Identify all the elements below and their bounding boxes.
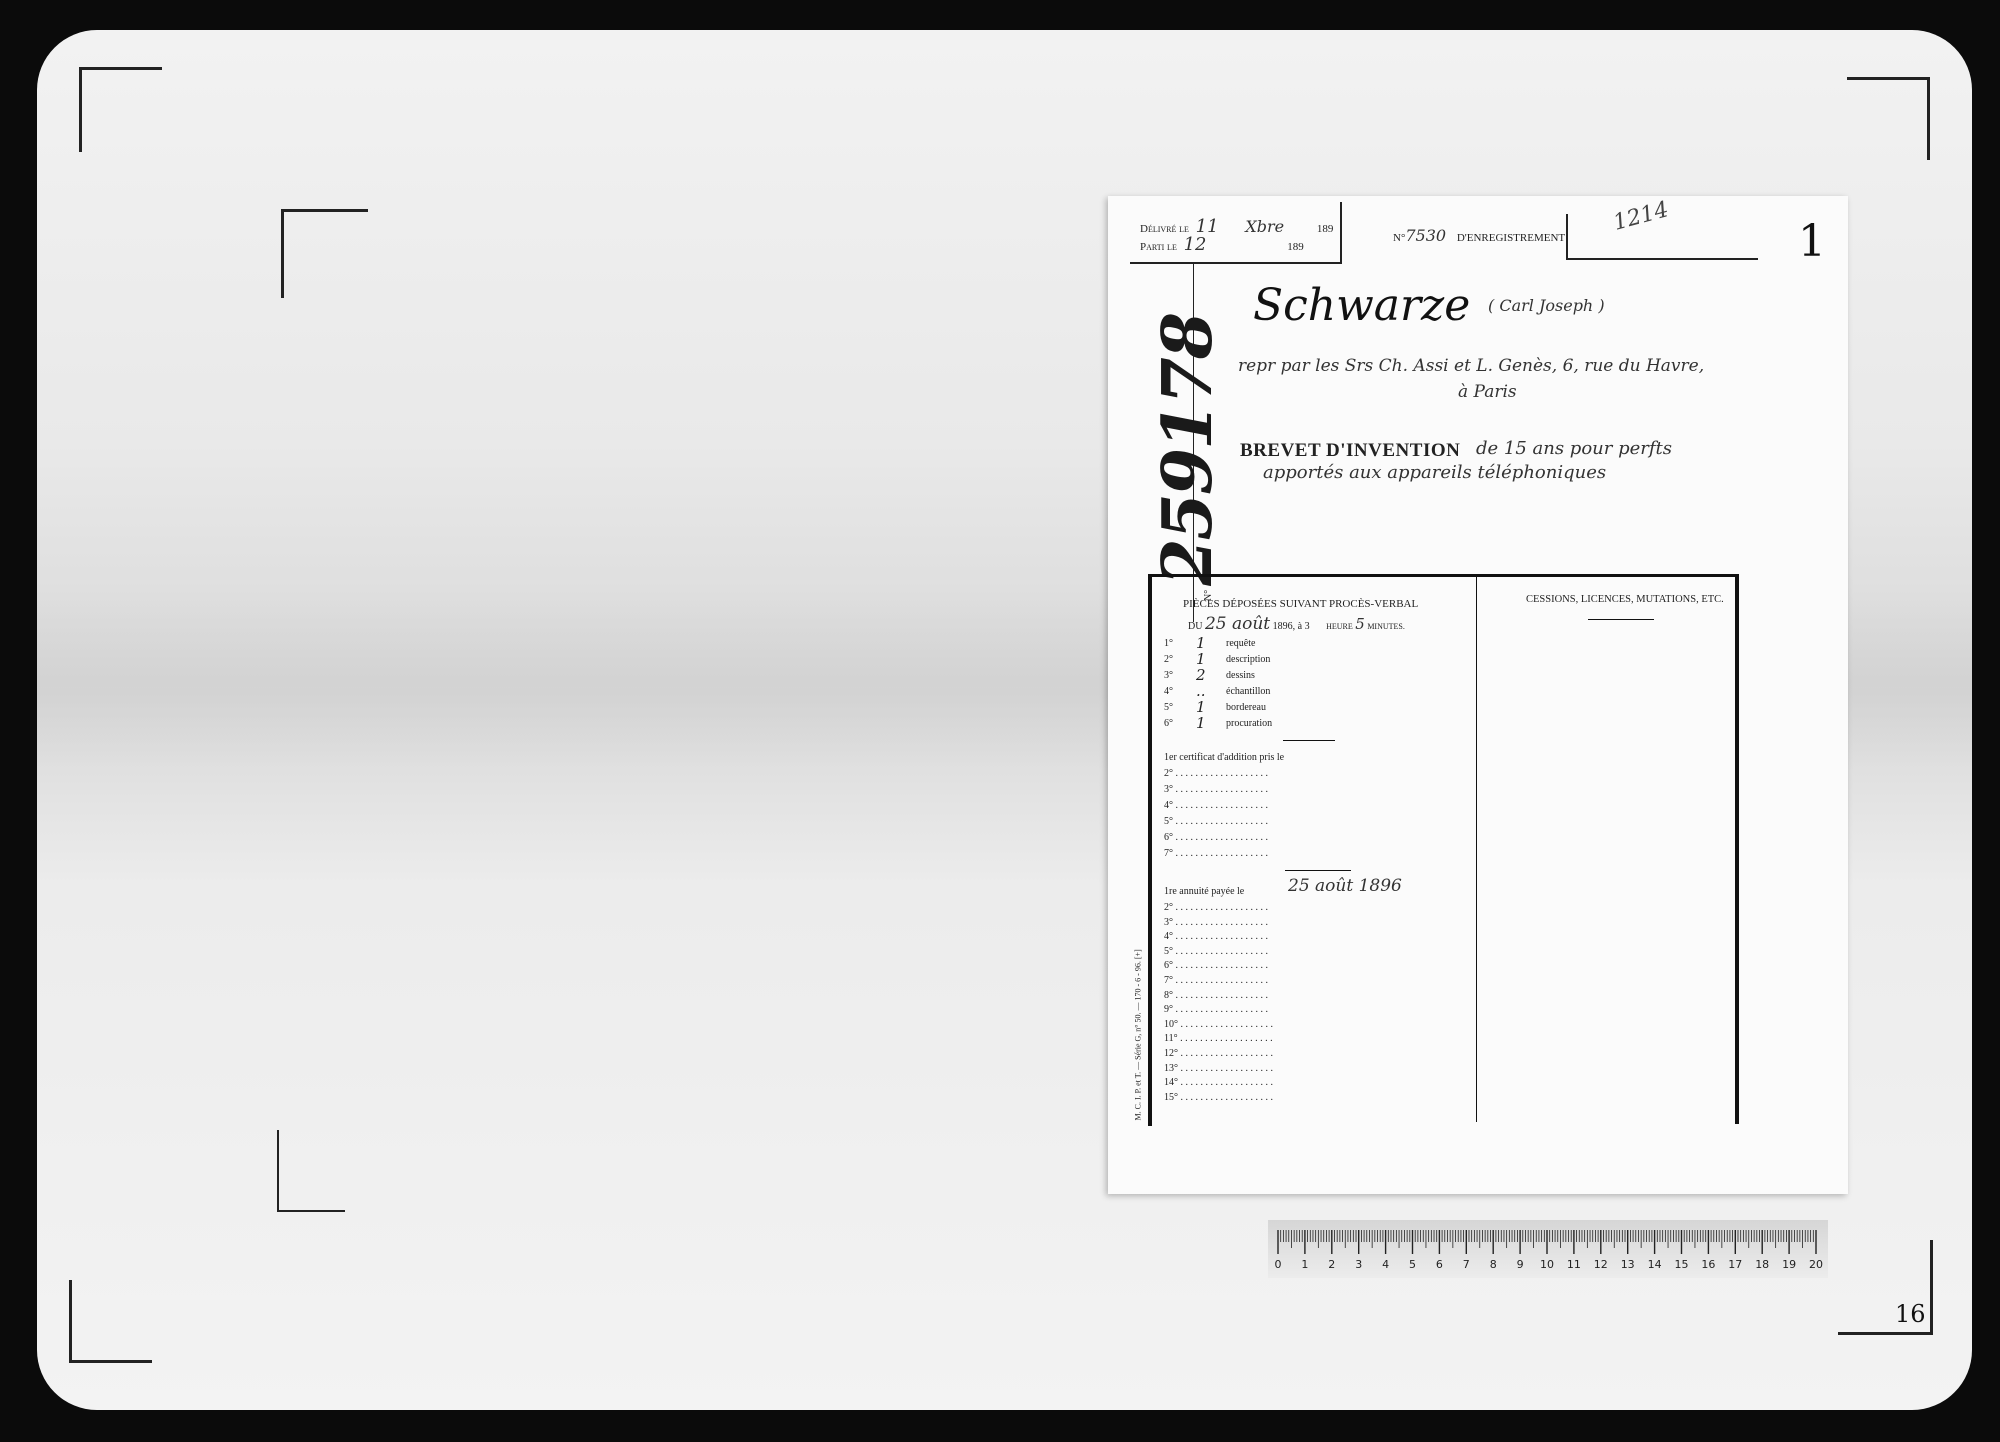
pieces-minutes-value: 5	[1355, 615, 1365, 633]
registration-box	[1566, 214, 1758, 260]
svg-text:14: 14	[1648, 1258, 1662, 1271]
svg-text:15: 15	[1675, 1258, 1689, 1271]
piece-count: 1	[1196, 714, 1206, 732]
patent-register-sheet: Délivré le 11 Xbre 189 Parti le 12 189 N…	[1108, 196, 1848, 1194]
piece-number: 4°	[1164, 686, 1173, 697]
parti-label: Parti le	[1140, 241, 1177, 253]
header-rule	[1193, 262, 1333, 263]
cessions-underline	[1588, 619, 1654, 620]
annuite-row: 5° . . . . . . . . . . . . . . . . . . .	[1164, 946, 1268, 957]
brevet-subject: apportés aux appareils téléphoniques	[1263, 462, 1606, 483]
applicant-name: Schwarze	[1253, 280, 1470, 331]
table-column-divider	[1476, 577, 1477, 1122]
delivre-year: 189	[1317, 223, 1334, 235]
annuite-row: 9° . . . . . . . . . . . . . . . . . . .	[1164, 1004, 1268, 1015]
piece-label: procuration	[1226, 718, 1272, 729]
certificat-row: 6° . . . . . . . . . . . . . . . . . . .	[1164, 832, 1268, 843]
pieces-date-row: DU 25 août 1896, à 3 HEURE 5 MINUTES.	[1188, 614, 1405, 634]
annuite-row: 7° . . . . . . . . . . . . . . . . . . .	[1164, 975, 1268, 986]
table-top-border	[1148, 574, 1738, 577]
piece-label: bordereau	[1226, 702, 1266, 713]
registration-label: D'ENREGISTREMENT	[1457, 232, 1565, 244]
parti-row: Parti le 12 189	[1140, 234, 1304, 255]
side-imprint: M. C. I. P. et T. — Série G, n° 50. — 17…	[1134, 901, 1143, 1121]
registration-row: N°7530 D'ENREGISTREMENT	[1393, 226, 1565, 245]
pieces-separator	[1283, 740, 1335, 741]
scale-ruler: 01234567891011121314151617181920	[1268, 1220, 1828, 1278]
annuite-row: 15° . . . . . . . . . . . . . . . . . . …	[1164, 1092, 1273, 1103]
crop-mark-top-left-inner	[281, 209, 368, 298]
annuite-row: 2° . . . . . . . . . . . . . . . . . . .	[1164, 902, 1268, 913]
svg-text:0: 0	[1275, 1258, 1282, 1271]
annuite-row: 12° . . . . . . . . . . . . . . . . . . …	[1164, 1048, 1273, 1059]
annuite-row: 8° . . . . . . . . . . . . . . . . . . .	[1164, 990, 1268, 1001]
pieces-minutes-label: MINUTES.	[1367, 622, 1405, 631]
certificat-row: 5° . . . . . . . . . . . . . . . . . . .	[1164, 816, 1268, 827]
pieces-date: 25 août	[1205, 614, 1270, 634]
svg-text:4: 4	[1382, 1258, 1389, 1271]
certificat-row: 7° . . . . . . . . . . . . . . . . . . .	[1164, 848, 1268, 859]
annuite-row: 3° . . . . . . . . . . . . . . . . . . .	[1164, 917, 1268, 928]
table-right-border	[1735, 574, 1739, 1124]
frame-number: 16	[1895, 1300, 1926, 1328]
certificat-row: 3° . . . . . . . . . . . . . . . . . . .	[1164, 784, 1268, 795]
svg-text:20: 20	[1809, 1258, 1823, 1271]
svg-text:7: 7	[1463, 1258, 1470, 1271]
svg-text:19: 19	[1782, 1258, 1796, 1271]
pieces-heading: PIÈCES DÉPOSÉES SUIVANT PROCÈS-VERBAL	[1183, 598, 1418, 610]
applicant-city: à Paris	[1458, 382, 1517, 402]
svg-text:1: 1	[1301, 1258, 1308, 1271]
applicant-representatives: repr par les Srs Ch. Assi et L. Genès, 6…	[1238, 356, 1704, 376]
annuite-row: 14° . . . . . . . . . . . . . . . . . . …	[1164, 1077, 1273, 1088]
svg-text:17: 17	[1728, 1258, 1742, 1271]
annuite-row: 10° . . . . . . . . . . . . . . . . . . …	[1164, 1019, 1273, 1030]
svg-text:11: 11	[1567, 1258, 1581, 1271]
piece-label: description	[1226, 654, 1270, 665]
crop-mark-bottom-left-outer	[69, 1280, 152, 1363]
svg-text:12: 12	[1594, 1258, 1608, 1271]
piece-number: 2°	[1164, 654, 1173, 665]
svg-text:13: 13	[1621, 1258, 1635, 1271]
piece-number: 3°	[1164, 670, 1173, 681]
crop-mark-bottom-left-inner	[277, 1130, 345, 1212]
parti-year: 189	[1287, 241, 1304, 253]
crop-mark-top-right	[1847, 77, 1930, 160]
certificat-row: 2° . . . . . . . . . . . . . . . . . . .	[1164, 768, 1268, 779]
piece-label: dessins	[1226, 670, 1255, 681]
brevet-title: BREVET D'INVENTION	[1240, 440, 1460, 462]
piece-number: 6°	[1164, 718, 1173, 729]
svg-text:2: 2	[1328, 1258, 1335, 1271]
svg-text:10: 10	[1540, 1258, 1554, 1271]
piece-number: 1°	[1164, 638, 1173, 649]
annuite-row: 4° . . . . . . . . . . . . . . . . . . .	[1164, 931, 1268, 942]
parti-day: 12	[1184, 234, 1207, 255]
svg-text:3: 3	[1355, 1258, 1362, 1271]
table-left-border	[1148, 574, 1152, 1126]
piece-label: requête	[1226, 638, 1255, 649]
patent-number: N° 259178	[1148, 301, 1228, 601]
ruler-ticks: 01234567891011121314151617181920	[1268, 1220, 1828, 1278]
svg-text:18: 18	[1755, 1258, 1769, 1271]
piece-label: échantillon	[1226, 686, 1270, 697]
certificat-row: 4° . . . . . . . . . . . . . . . . . . .	[1164, 800, 1268, 811]
sheet-number: 1	[1798, 216, 1826, 267]
annuite-row: 11° . . . . . . . . . . . . . . . . . . …	[1164, 1033, 1273, 1044]
svg-text:5: 5	[1409, 1258, 1416, 1271]
certificat-first-label: 1er certificat d'addition pris le	[1164, 752, 1284, 763]
registration-prefix: N°	[1393, 232, 1405, 244]
crop-mark-top-left-outer	[79, 67, 162, 152]
applicant-given-names: ( Carl Joseph )	[1488, 296, 1605, 315]
annuite-row: 13° . . . . . . . . . . . . . . . . . . …	[1164, 1063, 1273, 1074]
cessions-heading: CESSIONS, LICENCES, MUTATIONS, ETC.	[1526, 594, 1724, 605]
svg-text:9: 9	[1517, 1258, 1524, 1271]
certificats-separator	[1285, 870, 1351, 871]
annuite-first-label: 1re annuité payée le	[1164, 886, 1244, 897]
registration-number: 7530	[1405, 226, 1446, 245]
svg-text:6: 6	[1436, 1258, 1443, 1271]
pieces-year: 1896, à 3	[1273, 621, 1310, 632]
svg-text:16: 16	[1701, 1258, 1715, 1271]
annuite-first-value: 25 août 1896	[1288, 876, 1402, 896]
patent-number-value: 259178	[1148, 314, 1228, 586]
piece-number: 5°	[1164, 702, 1173, 713]
annuite-row: 6° . . . . . . . . . . . . . . . . . . .	[1164, 960, 1268, 971]
brevet-duration: de 15 ans pour perfts	[1476, 438, 1672, 459]
pieces-heure-label: HEURE	[1326, 622, 1353, 631]
svg-text:8: 8	[1490, 1258, 1497, 1271]
pieces-du-label: DU	[1188, 621, 1202, 632]
